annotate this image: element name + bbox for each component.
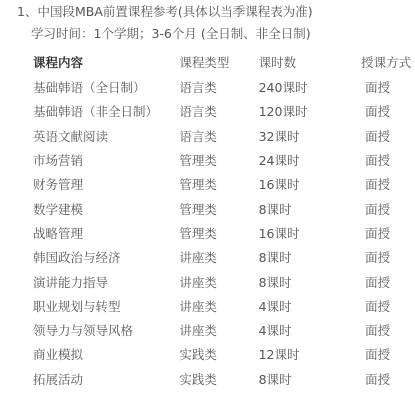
course-method: 面授 — [361, 149, 415, 173]
table-header-row: 课程内容 课程类型 课时数 授课方式 — [25, 50, 415, 76]
course-hours: 32课时 — [259, 125, 362, 149]
course-type: 管理类 — [179, 173, 258, 197]
course-name: 数学建模 — [25, 197, 179, 221]
table-row: 基础韩语（非全日制） 语言类 120课时 面授 — [25, 100, 415, 124]
table-row: 数学建模 管理类 8课时 面授 — [25, 197, 415, 221]
course-method: 面授 — [361, 100, 415, 124]
course-type: 管理类 — [179, 222, 258, 246]
course-type: 讲座类 — [179, 295, 258, 319]
course-hours: 8课时 — [259, 368, 362, 392]
course-method: 面授 — [361, 368, 415, 392]
table-row: 演讲能力指导 讲座类 8课时 面授 — [25, 270, 415, 294]
course-hours: 8课时 — [259, 270, 362, 294]
course-hours: 8课时 — [259, 246, 362, 270]
course-type: 讲座类 — [179, 246, 258, 270]
course-method: 面授 — [361, 295, 415, 319]
study-time-text: 学习时间：1个学期；3-6个月 (全日制、非全日制) — [31, 26, 311, 42]
course-type: 实践类 — [179, 343, 258, 367]
course-table: 课程内容 课程类型 课时数 授课方式 基础韩语（全日制） 语言类 240课时 面… — [25, 50, 415, 392]
course-method: 面授 — [361, 319, 415, 343]
header-course-content: 课程内容 — [25, 50, 179, 76]
course-method: 面授 — [361, 76, 415, 100]
course-type: 管理类 — [179, 149, 258, 173]
course-name: 市场营销 — [25, 149, 179, 173]
header-course-type: 课程类型 — [179, 50, 258, 76]
course-hours: 4课时 — [259, 319, 362, 343]
table-row: 英语文献阅读 语言类 32课时 面授 — [25, 125, 415, 149]
course-name: 战略管理 — [25, 222, 179, 246]
course-type: 实践类 — [179, 368, 258, 392]
course-type: 讲座类 — [179, 319, 258, 343]
course-hours: 4课时 — [259, 295, 362, 319]
header-teaching-method: 授课方式 — [361, 50, 415, 76]
table-row: 基础韩语（全日制） 语言类 240课时 面授 — [25, 76, 415, 100]
header-class-hours: 课时数 — [259, 50, 362, 76]
course-method: 面授 — [361, 125, 415, 149]
course-method: 面授 — [361, 173, 415, 197]
table-row: 拓展活动 实践类 8课时 面授 — [25, 368, 415, 392]
course-type: 讲座类 — [179, 270, 258, 294]
table-row: 战略管理 管理类 16课时 面授 — [25, 222, 415, 246]
course-hours: 16课时 — [259, 222, 362, 246]
course-method: 面授 — [361, 197, 415, 221]
table-row: 商业模拟 实践类 12课时 面授 — [25, 343, 415, 367]
course-name: 商业模拟 — [25, 343, 179, 367]
course-name: 韩国政治与经济 — [25, 246, 179, 270]
course-name: 英语文献阅读 — [25, 125, 179, 149]
course-name: 领导力与领导风格 — [25, 319, 179, 343]
course-hours: 12课时 — [259, 343, 362, 367]
section-title: 1、中国段MBA前置课程参考(具体以当季课程表为准) — [17, 4, 313, 20]
course-type: 语言类 — [179, 76, 258, 100]
course-hours: 120课时 — [259, 100, 362, 124]
course-name: 财务管理 — [25, 173, 179, 197]
course-type: 管理类 — [179, 197, 258, 221]
table-row: 财务管理 管理类 16课时 面授 — [25, 173, 415, 197]
course-name: 职业规划与转型 — [25, 295, 179, 319]
course-method: 面授 — [361, 343, 415, 367]
course-name: 基础韩语（全日制） — [25, 76, 179, 100]
course-type: 语言类 — [179, 125, 258, 149]
table-row: 领导力与领导风格 讲座类 4课时 面授 — [25, 319, 415, 343]
course-hours: 240课时 — [259, 76, 362, 100]
table-row: 韩国政治与经济 讲座类 8课时 面授 — [25, 246, 415, 270]
course-name: 拓展活动 — [25, 368, 179, 392]
course-hours: 8课时 — [259, 197, 362, 221]
course-method: 面授 — [361, 246, 415, 270]
table-row: 市场营销 管理类 24课时 面授 — [25, 149, 415, 173]
course-method: 面授 — [361, 270, 415, 294]
course-name: 演讲能力指导 — [25, 270, 179, 294]
table-row: 职业规划与转型 讲座类 4课时 面授 — [25, 295, 415, 319]
course-type: 语言类 — [179, 100, 258, 124]
course-name: 基础韩语（非全日制） — [25, 100, 179, 124]
course-hours: 24课时 — [259, 149, 362, 173]
course-method: 面授 — [361, 222, 415, 246]
course-hours: 16课时 — [259, 173, 362, 197]
